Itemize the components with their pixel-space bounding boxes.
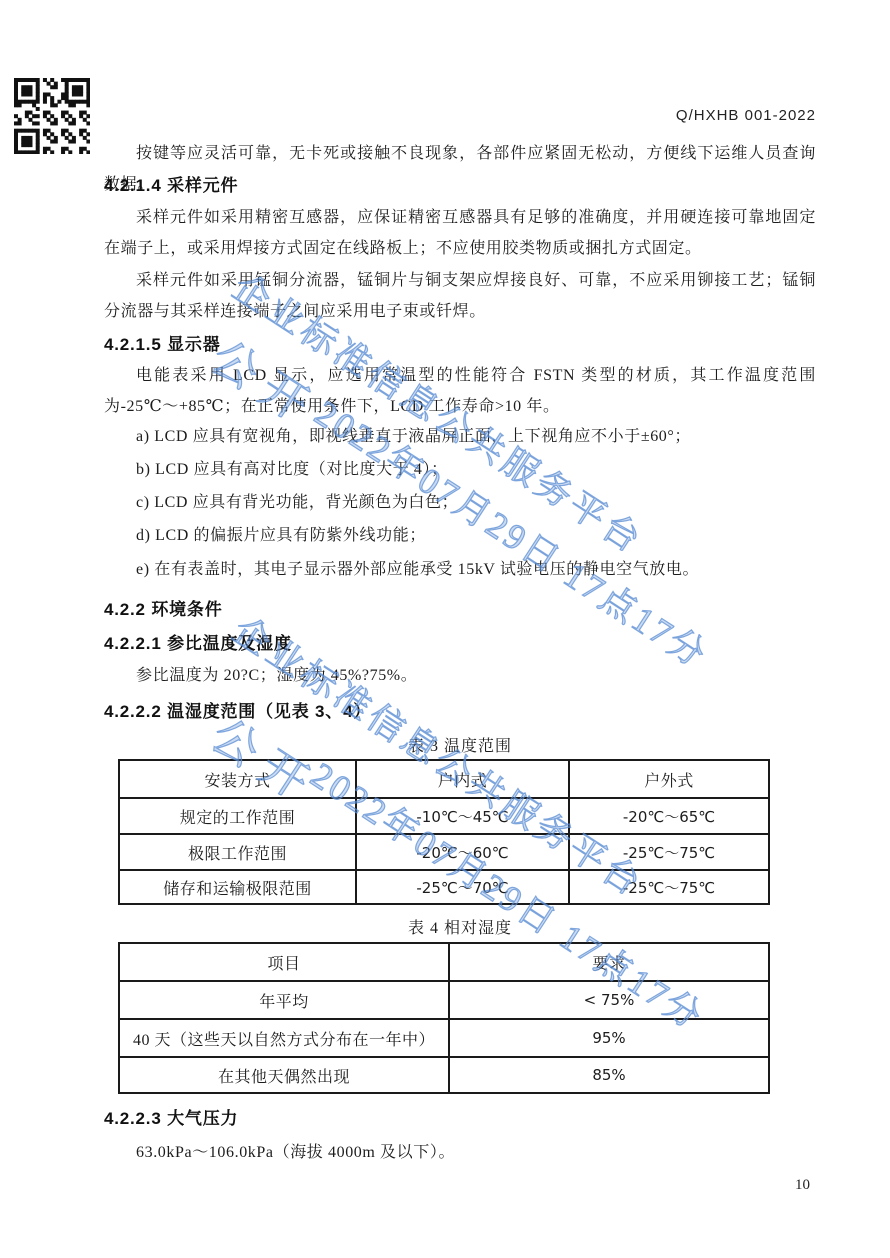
paragraph-lcd: 电能表采用 LCD 显示，应选用常温型的性能符合 FSTN 类型的材质，其工作温… — [104, 360, 816, 422]
paragraph-shunt: 采样元件如采用锰铜分流器，锰铜片与铜支架应焊接良好、可靠，不应采用铆接工艺；锰铜… — [104, 265, 816, 327]
table-cell: 规定的工作范围 — [119, 798, 356, 834]
table-cell: < 75% — [449, 981, 769, 1019]
heading-4-2-2-1: 4.2.2.1 参比温度及湿度 — [104, 629, 816, 654]
table-cell: -25℃～75℃ — [569, 870, 769, 904]
table-cell: 储存和运输极限范围 — [119, 870, 356, 904]
table-row: 在其他天偶然出现 85% — [119, 1057, 769, 1093]
table-cell: 极限工作范围 — [119, 834, 356, 870]
heading-4-2-2: 4.2.2 环境条件 — [104, 595, 816, 620]
heading-4-2-2-2: 4.2.2.2 温湿度范围（见表 3、4） — [104, 697, 816, 722]
table-row: 40 天（这些天以自然方式分布在一年中） 95% — [119, 1019, 769, 1057]
table-row: 储存和运输极限范围 -25℃～70℃ -25℃～75℃ — [119, 870, 769, 904]
table-cell: -20℃～60℃ — [356, 834, 569, 870]
table-header-cell: 户内式 — [356, 760, 569, 798]
heading-4-2-1-5: 4.2.1.5 显示器 — [104, 330, 816, 355]
table-temperature-range: 安装方式 户内式 户外式 规定的工作范围 -10℃～45℃ -20℃～65℃ 极… — [118, 759, 770, 905]
table-header-cell: 安装方式 — [119, 760, 356, 798]
heading-4-2-2-3: 4.2.2.3 大气压力 — [104, 1104, 816, 1129]
table-row: 安装方式 户内式 户外式 — [119, 760, 769, 798]
table4-caption: 表 4 相对湿度 — [104, 915, 816, 938]
table-row: 极限工作范围 -20℃～60℃ -25℃～75℃ — [119, 834, 769, 870]
table-cell: 在其他天偶然出现 — [119, 1057, 449, 1093]
list-item-c: c) LCD 应具有背光功能，背光颜色为白色； — [136, 489, 816, 512]
table-header-cell: 户外式 — [569, 760, 769, 798]
table-relative-humidity: 项目 要求 年平均 < 75% 40 天（这些天以自然方式分布在一年中） 95%… — [118, 942, 770, 1094]
heading-4-2-1-4: 4.2.1.4 采样元件 — [104, 171, 816, 196]
table-cell: 85% — [449, 1057, 769, 1093]
list-item-d: d) LCD 的偏振片应具有防紫外线功能； — [136, 522, 816, 545]
list-item-a: a) LCD 应具有宽视角，即视线垂直于液晶屏正面，上下视角应不小于±60°； — [136, 423, 816, 446]
qr-code — [14, 78, 90, 154]
table3-caption: 表 3 温度范围 — [104, 733, 816, 756]
table-header-cell: 项目 — [119, 943, 449, 981]
table-cell: 年平均 — [119, 981, 449, 1019]
table-cell: -20℃～65℃ — [569, 798, 769, 834]
paragraph-transformer: 采样元件如采用精密互感器，应保证精密互感器具有足够的准确度，并用硬连接可靠地固定… — [104, 202, 816, 264]
list-item-e: e) 在有表盖时，其电子显示器外部应能承受 15kV 试验电压的静电空气放电。 — [136, 556, 816, 579]
table-row: 规定的工作范围 -10℃～45℃ -20℃～65℃ — [119, 798, 769, 834]
table-cell: 95% — [449, 1019, 769, 1057]
table-row: 项目 要求 — [119, 943, 769, 981]
page-number: 10 — [795, 1177, 810, 1194]
table-cell: 40 天（这些天以自然方式分布在一年中） — [119, 1019, 449, 1057]
table-cell: -25℃～70℃ — [356, 870, 569, 904]
paragraph-pressure: 63.0kPa～106.0kPa（海拔 4000m 及以下）。 — [104, 1137, 816, 1168]
document-page: Q/HXHB 001-2022 公开 企业标准信息公共服务平台 2022年07月… — [0, 0, 890, 1258]
list-item-b: b) LCD 应具有高对比度（对比度大于 4）； — [136, 456, 816, 479]
table-cell: -10℃～45℃ — [356, 798, 569, 834]
table-cell: -25℃～75℃ — [569, 834, 769, 870]
table-row: 年平均 < 75% — [119, 981, 769, 1019]
doc-code: Q/HXHB 001-2022 — [676, 107, 816, 124]
table-header-cell: 要求 — [449, 943, 769, 981]
paragraph-reference-temp: 参比温度为 20?C；湿度为 45%?75%。 — [104, 660, 816, 691]
